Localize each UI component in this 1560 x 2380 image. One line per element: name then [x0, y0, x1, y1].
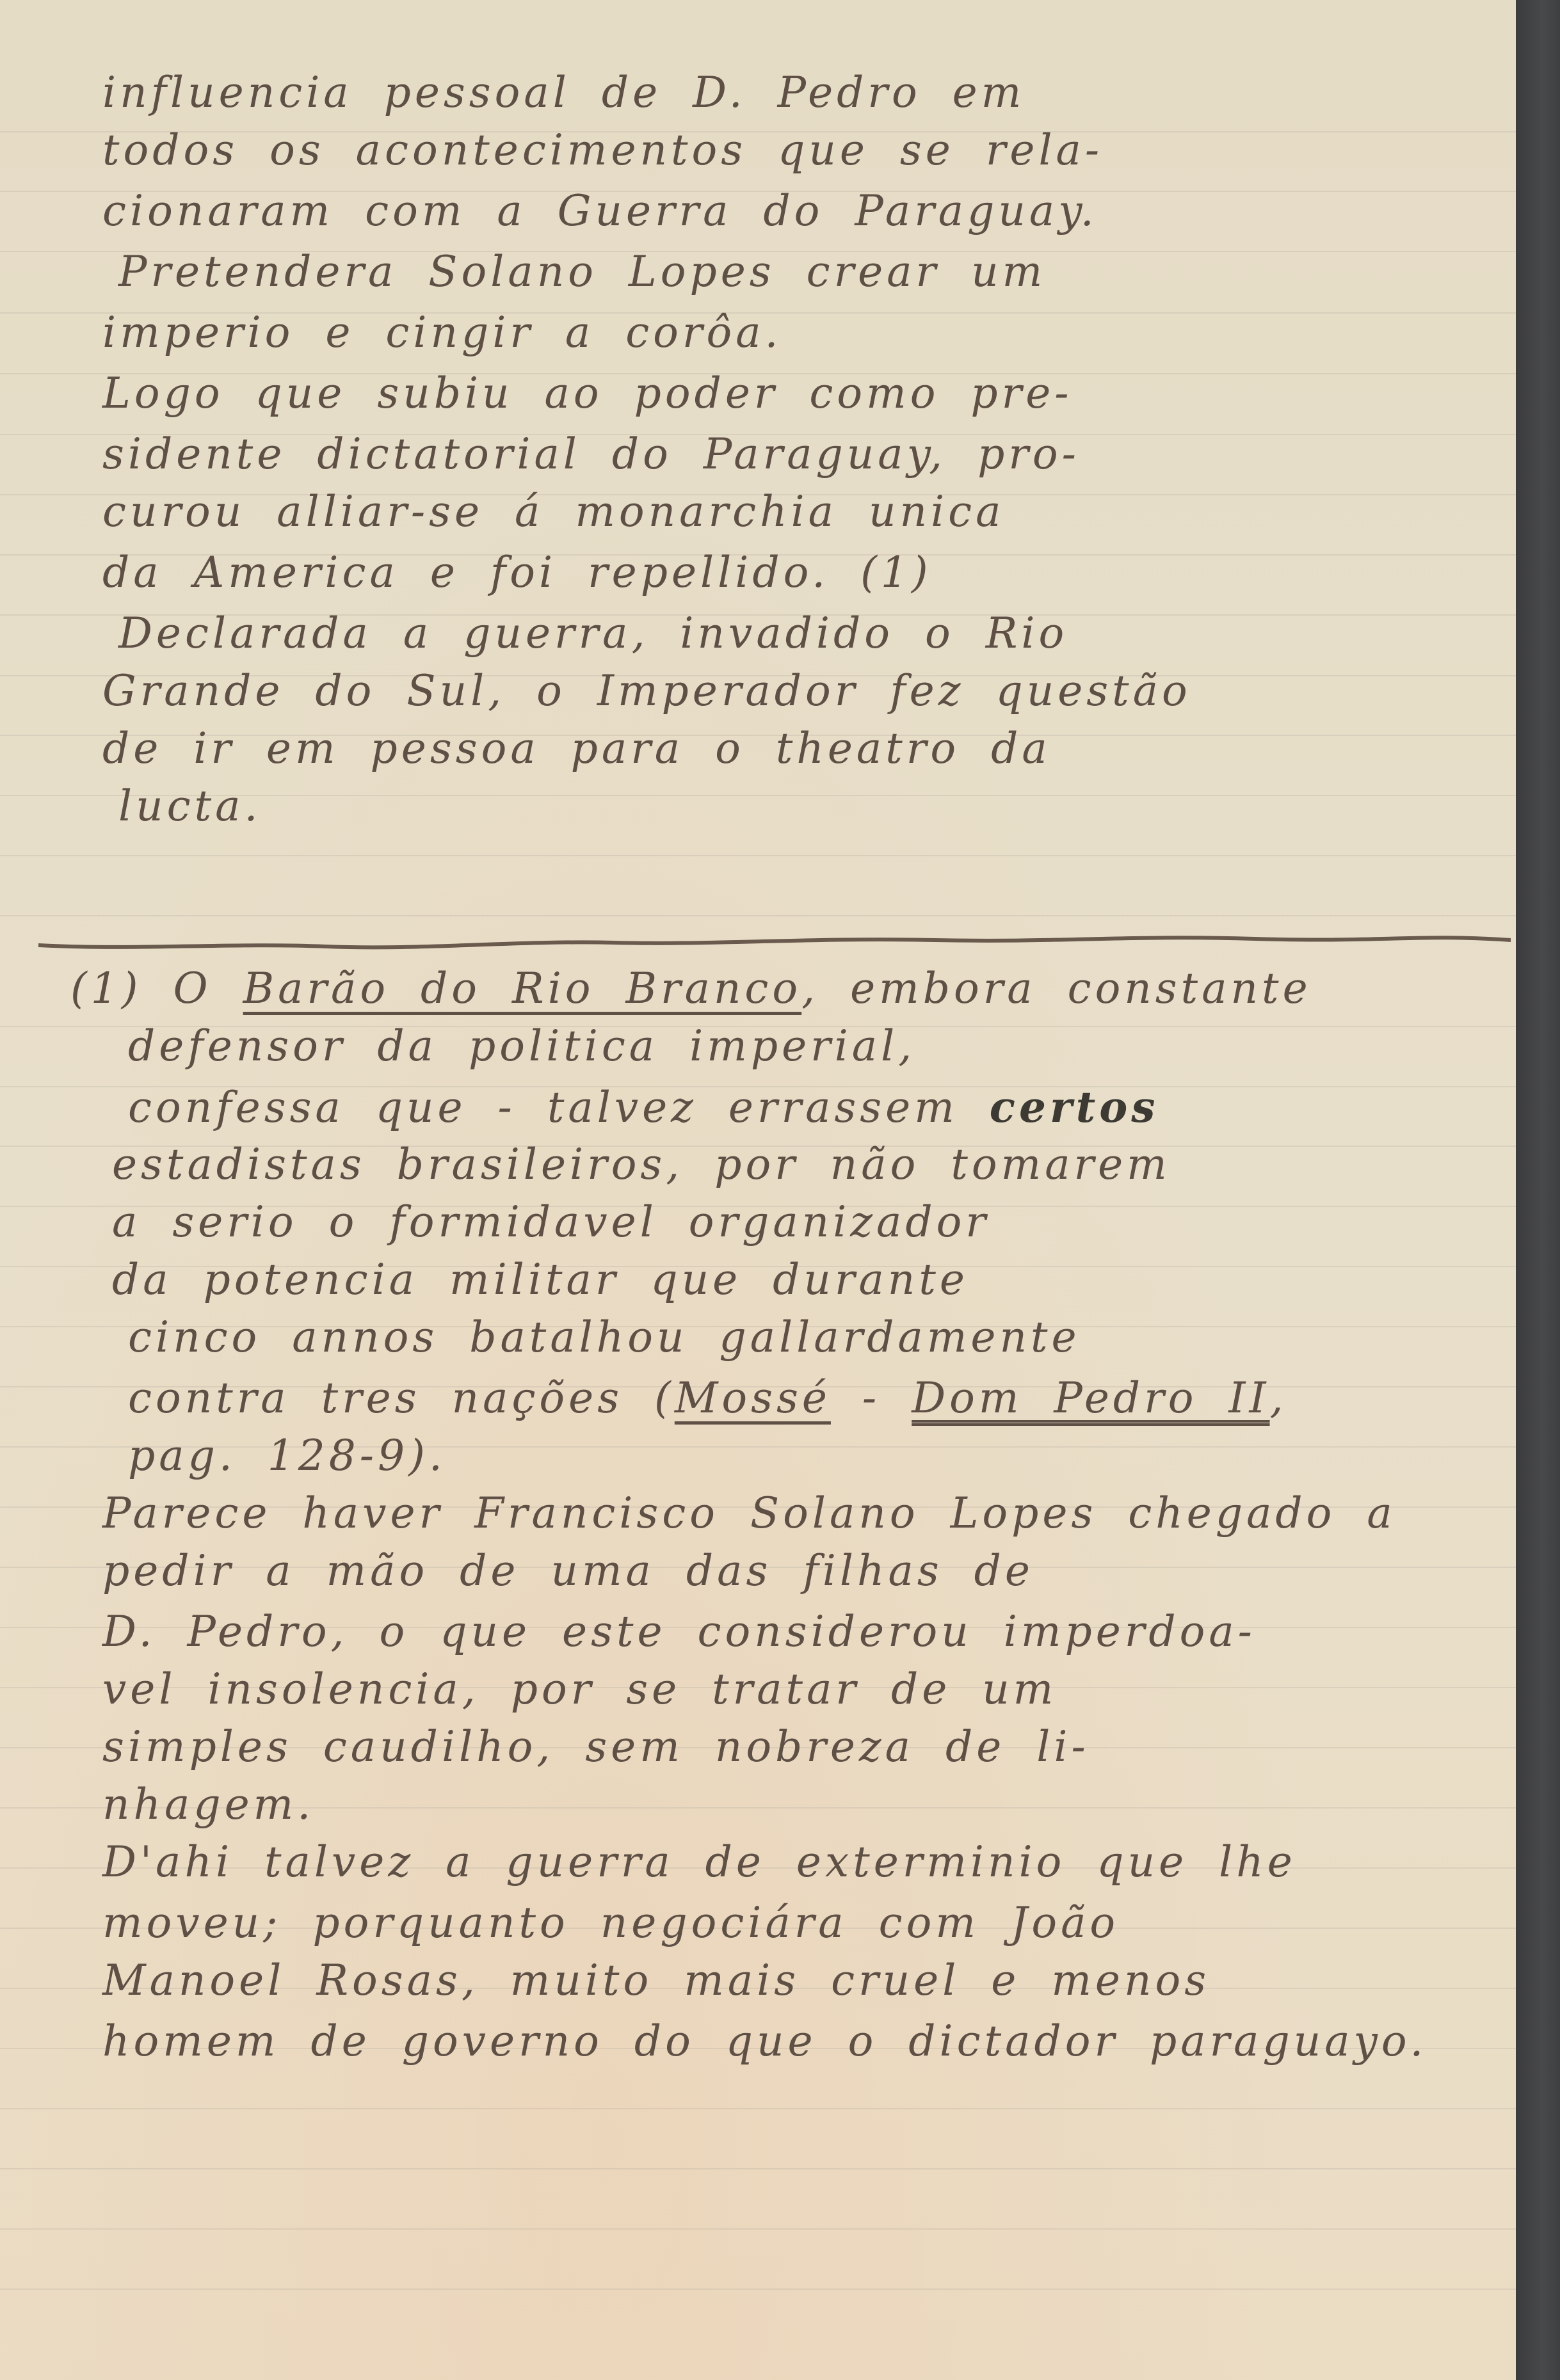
text-line: sidente dictatorial do Paraguay, pro- — [102, 429, 1080, 480]
text-line: confessa que - talvez errassem certos — [128, 1082, 1159, 1133]
text-line: defensor da politica imperial, — [128, 1021, 915, 1072]
text-line: Declarada a guerra, invadido o Rio — [118, 608, 1068, 659]
text-line: Pretendera Solano Lopes crear um — [118, 246, 1046, 298]
text-line: da potencia militar que durante — [112, 1254, 969, 1306]
footnote-suffix: , embora constante — [801, 964, 1312, 1013]
text-line: pedir a mão de uma das filhas de — [102, 1545, 1034, 1597]
text-line: curou alliar-se á monarchia unica — [102, 486, 1004, 538]
text-line: simples caudilho, sem nobreza de li- — [102, 1721, 1090, 1773]
citation-title: Dom Pedro II — [912, 1373, 1269, 1423]
cited-name: Barão do Rio Branco — [243, 964, 802, 1013]
text-line: homem de governo do que o dictador parag… — [102, 2016, 1427, 2067]
citation-dash: - — [831, 1373, 912, 1423]
footnote-prefix: O — [173, 964, 211, 1013]
ruled-line — [0, 2168, 1516, 2169]
ruled-line — [0, 2108, 1516, 2109]
text-line: Parece haver Francisco Solano Lopes cheg… — [102, 1488, 1396, 1539]
ruled-line — [0, 855, 1516, 856]
text-line: de ir em pessoa para o theatro da — [102, 723, 1051, 774]
text-line: Grande do Sul, o Imperador fez questão — [102, 666, 1191, 717]
text-line: estadistas brasileiros, por não tomarem — [112, 1139, 1171, 1190]
text-fragment: confessa que - talvez errassem — [128, 1083, 958, 1132]
text-line: vel insolencia, por se tratar de um — [102, 1664, 1057, 1715]
text-line: da America e foi repellido. (1) — [102, 547, 932, 598]
text-line: imperio e cingir a corôa. — [102, 307, 782, 358]
text-line: nhagem. — [102, 1779, 314, 1830]
footnote-first-line: (1) O Barão do Rio Branco, embora consta… — [70, 963, 1312, 1014]
text-line: cionaram com a Guerra do Paraguay. — [102, 186, 1098, 237]
citation-author: Mossé — [675, 1373, 831, 1423]
text-line: Logo que subiu ao poder como pre- — [102, 368, 1073, 419]
text-line: influencia pessoal de D. Pedro em — [102, 67, 1025, 118]
citation-prefix: contra tres nações ( — [128, 1373, 675, 1423]
footnote-separator — [38, 931, 1511, 957]
scan-edge — [1516, 0, 1560, 2380]
ruled-line — [0, 2228, 1516, 2230]
text-line: moveu; porquanto negociára com João — [102, 1897, 1119, 1949]
manuscript-page: influencia pessoal de D. Pedro em todos … — [0, 0, 1516, 2380]
text-line: Manoel Rosas, muito mais cruel e menos — [102, 1955, 1210, 2006]
citation-line: contra tres nações (Mossé - Dom Pedro II… — [128, 1373, 1287, 1424]
text-line: todos os acontecimentos que se rela- — [102, 125, 1103, 176]
text-line: D. Pedro, o que este considerou imperdoa… — [102, 1606, 1256, 1657]
footnote-marker: (1) — [70, 964, 142, 1013]
text-line: D'ahi talvez a guerra de exterminio que … — [102, 1837, 1296, 1888]
correction-word: certos — [990, 1082, 1159, 1132]
text-line: a serio o formidavel organizador — [112, 1197, 990, 1248]
citation-page: pag. 128-9). — [128, 1430, 446, 1482]
text-line: cinco annos batalhou gallardamente — [128, 1312, 1081, 1363]
citation-suffix: , — [1270, 1373, 1287, 1423]
text-line: lucta. — [118, 781, 261, 832]
ruled-line — [0, 915, 1516, 916]
ruled-line — [0, 2288, 1516, 2290]
